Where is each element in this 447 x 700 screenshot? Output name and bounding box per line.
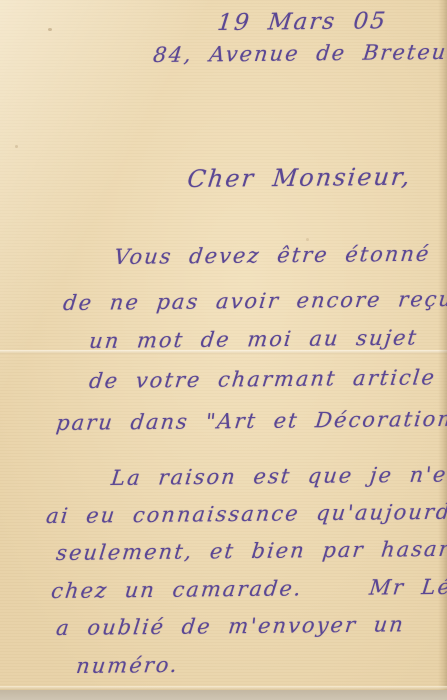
letter-body-line: Vous devez être étonné	[113, 242, 432, 269]
letter-page: 19 Mars 05 84, Avenue de Breteuil Cher M…	[0, 0, 447, 700]
paper-spot	[306, 238, 309, 241]
letter-body-line: de ne pas avoir encore reçu	[62, 287, 447, 315]
paper-spot	[48, 28, 52, 31]
paper-spot	[15, 145, 18, 148]
letter-body-line: un mot de moi au sujet	[88, 326, 419, 353]
paper-bottom-edge-shadow	[0, 690, 447, 700]
letter-body-line: de votre charmant article	[88, 365, 437, 393]
letter-body-line: La raison est que je n'en	[110, 462, 447, 490]
letter-body-line: seulement, et bien par hasard,	[55, 537, 447, 565]
letter-body-line: numéro.	[75, 653, 180, 678]
letter-salutation: Cher Monsieur,	[186, 163, 413, 193]
letter-date: 19 Mars 05	[216, 8, 388, 36]
letter-body-line: a oublié de m'envoyer un	[55, 612, 406, 640]
letter-body-line: paru dans "Art et Décoration",	[55, 407, 447, 435]
letter-body-line: ai eu connaissance qu'aujourd'hui	[45, 499, 447, 528]
letter-body-line: chez un camarade. Mr Lévy	[50, 575, 447, 603]
letter-address: 84, Avenue de Breteuil	[152, 40, 447, 67]
